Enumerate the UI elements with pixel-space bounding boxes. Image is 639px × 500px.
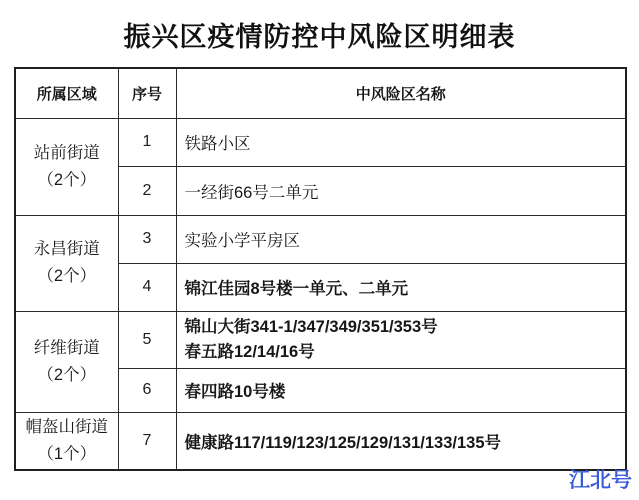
risk-area-table: 所属区域 序号 中风险区名称 站前街道 （2个） 1 铁路小区 2 一经街66号…: [14, 67, 627, 471]
serial-number: 5: [118, 311, 176, 368]
risk-area-name-line1: 锦山大街341-1/347/349/351/353号: [185, 315, 622, 340]
serial-number: 2: [118, 166, 176, 215]
area-group-name: 帽盔山街道: [17, 414, 117, 441]
area-group-count: （2个）: [17, 362, 117, 389]
page: 振兴区疫情防控中风险区明细表 所属区域 序号 中风险区名称 站前街道 （2个） …: [0, 0, 639, 500]
risk-area-name: 健康路117/119/123/125/129/131/133/135号: [176, 412, 626, 470]
area-group-name: 永昌街道: [17, 236, 117, 263]
serial-number: 7: [118, 412, 176, 470]
risk-area-name: 锦江佳园8号楼一单元、二单元: [176, 263, 626, 311]
table-row: 站前街道 （2个） 1 铁路小区: [15, 118, 626, 166]
risk-area-name: 锦山大街341-1/347/349/351/353号 春五路12/14/16号: [176, 311, 626, 368]
area-group-name: 站前街道: [17, 140, 117, 167]
area-group-zhanqian: 站前街道 （2个）: [15, 118, 118, 215]
area-group-count: （2个）: [17, 167, 117, 194]
risk-area-name: 铁路小区: [176, 118, 626, 166]
table-row: 纤维街道 （2个） 5 锦山大街341-1/347/349/351/353号 春…: [15, 311, 626, 368]
table-header-row: 所属区域 序号 中风险区名称: [15, 68, 626, 118]
table-row: 永昌街道 （2个） 3 实验小学平房区: [15, 215, 626, 263]
page-title: 振兴区疫情防控中风险区明细表: [0, 0, 639, 54]
risk-area-name: 一经街66号二单元: [176, 166, 626, 215]
table-row: 帽盔山街道 （1个） 7 健康路117/119/123/125/129/131/…: [15, 412, 626, 470]
area-group-name: 纤维街道: [17, 335, 117, 362]
area-group-count: （2个）: [17, 263, 117, 290]
column-header-area: 所属区域: [15, 68, 118, 118]
column-header-name: 中风险区名称: [176, 68, 626, 118]
serial-number: 3: [118, 215, 176, 263]
serial-number: 6: [118, 368, 176, 412]
column-header-serial: 序号: [118, 68, 176, 118]
serial-number: 4: [118, 263, 176, 311]
serial-number: 1: [118, 118, 176, 166]
risk-area-name: 春四路10号楼: [176, 368, 626, 412]
risk-area-name-line2: 春五路12/14/16号: [185, 340, 622, 365]
watermark-jiangbeihao: 江北号: [569, 464, 632, 494]
area-group-count: （1个）: [17, 441, 117, 468]
area-group-maokuishan: 帽盔山街道 （1个）: [15, 412, 118, 470]
area-group-xianwei: 纤维街道 （2个）: [15, 311, 118, 412]
area-group-yongchang: 永昌街道 （2个）: [15, 215, 118, 311]
risk-area-name: 实验小学平房区: [176, 215, 626, 263]
